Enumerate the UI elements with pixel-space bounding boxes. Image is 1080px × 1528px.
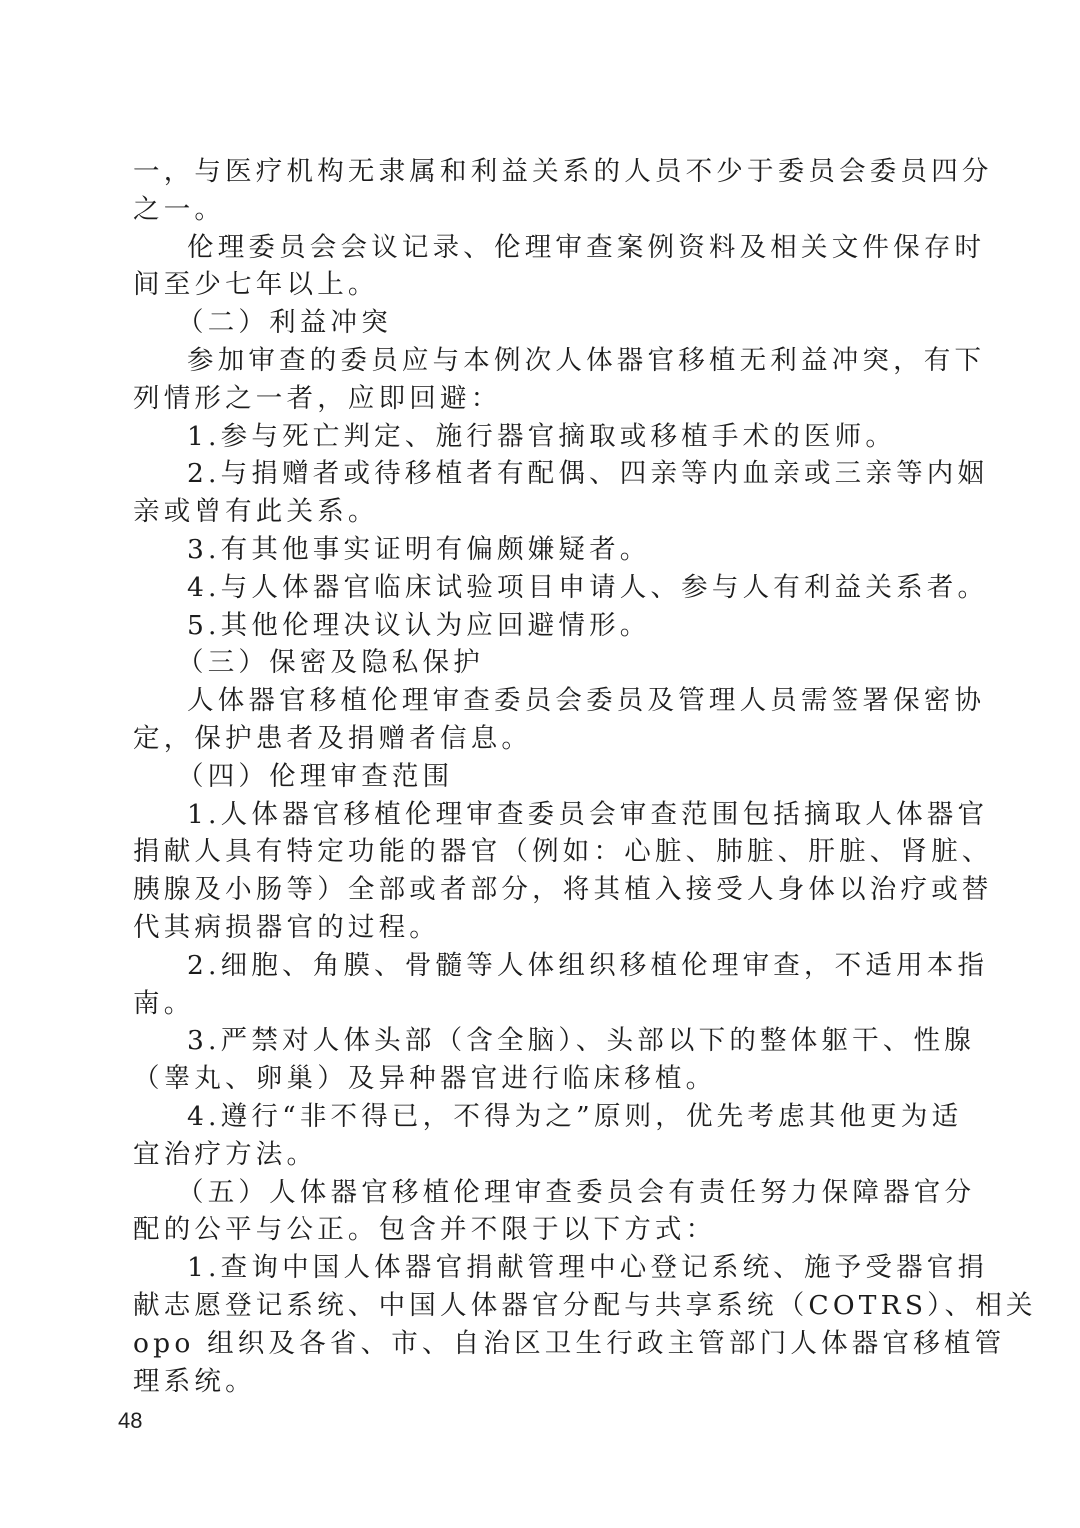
text-line: 3.严禁对人体头部（含全脑）、头部以下的整体躯干、性腺 [133,1022,953,1060]
text-line: 人体器官移植伦理审查委员会委员及管理人员需签署保密协 [133,682,953,720]
text-line: 4.遵行“非不得已，不得为之”原则，优先考虑其他更为适 [133,1098,953,1136]
text-line: 1.查询中国人体器官捐献管理中心登记系统、施予受器官捐 [133,1249,953,1287]
section-heading-line: （二）利益冲突 [133,304,953,342]
text-line: opo 组织及各省、市、自治区卫生行政主管部门人体器官移植管 [133,1325,953,1363]
text-line: 4.与人体器官临床试验项目申请人、参与人有利益关系者。 [133,569,953,607]
text-line: 参加审查的委员应与本例次人体器官移植无利益冲突，有下 [133,342,953,380]
text-line: 理系统。 [133,1363,953,1401]
text-line: 2.细胞、角膜、骨髓等人体组织移植伦理审查，不适用本指 [133,947,953,985]
text-line: 之一。 [133,191,953,229]
text-line: （睾丸、卵巢）及异种器官进行临床移植。 [133,1060,953,1098]
text-line: 2.与捐赠者或待移植者有配偶、四亲等内血亲或三亲等内姻 [133,455,953,493]
body-text: 一，与医疗机构无隶属和利益关系的人员不少于委员会委员四分之一。伦理委员会会议记录… [133,153,953,1400]
text-line: 1.参与死亡判定、施行器官摘取或移植手术的医师。 [133,418,953,456]
section-heading-line: （三）保密及隐私保护 [133,644,953,682]
text-line: 5.其他伦理决议认为应回避情形。 [133,607,953,645]
text-line: 捐献人具有特定功能的器官（例如：心脏、肺脏、肝脏、肾脏、 [133,833,953,871]
text-line: 代其病损器官的过程。 [133,909,953,947]
text-line: 胰腺及小肠等）全部或者部分，将其植入接受人身体以治疗或替 [133,871,953,909]
text-line: 3.有其他事实证明有偏颇嫌疑者。 [133,531,953,569]
page-number: 48 [118,1408,142,1434]
text-line: 南。 [133,985,953,1023]
text-line: 间至少七年以上。 [133,266,953,304]
section-heading-line: （四）伦理审查范围 [133,758,953,796]
text-line: 配的公平与公正。包含并不限于以下方式： [133,1211,953,1249]
text-line: 献志愿登记系统、中国人体器官分配与共享系统（COTRS）、相关 [133,1287,953,1325]
text-line: 列情形之一者，应即回避： [133,380,953,418]
text-line: 一，与医疗机构无隶属和利益关系的人员不少于委员会委员四分 [133,153,953,191]
text-line: 亲或曾有此关系。 [133,493,953,531]
text-line: 1.人体器官移植伦理审查委员会审查范围包括摘取人体器官 [133,796,953,834]
section-heading-line: （五）人体器官移植伦理审查委员会有责任努力保障器官分 [133,1174,953,1212]
text-line: 定，保护患者及捐赠者信息。 [133,720,953,758]
text-line: 宜治疗方法。 [133,1136,953,1174]
document-page: 一，与医疗机构无隶属和利益关系的人员不少于委员会委员四分之一。伦理委员会会议记录… [0,0,1080,1528]
text-line: 伦理委员会会议记录、伦理审查案例资料及相关文件保存时 [133,229,953,267]
